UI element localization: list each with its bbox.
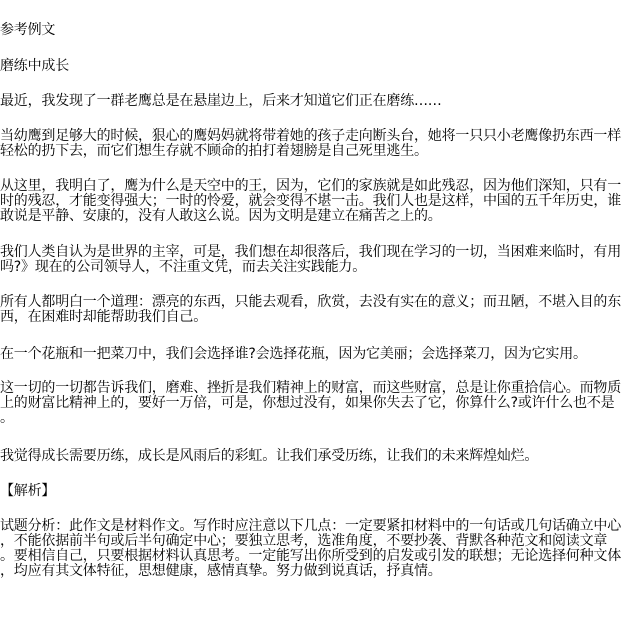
paragraph-1: 最近，我发现了一群老鹰总是在悬崖边上，后来才知道它们正在磨练…… <box>0 94 630 109</box>
analysis-paragraph: 试题分析：此作文是材料作文。写作时应注意以下几点：一定要紧扣材料中的一句话或几句… <box>0 519 630 579</box>
paragraph-2: 当幼鹰到足够大的时候，狠心的鹰妈妈就将带着她的孩子走向断头台，她将一只只小老鹰像… <box>0 129 630 159</box>
section-label: 参考例文 <box>0 23 55 38</box>
paragraph-7: 这一切的一切都告诉我们，磨难、挫折是我们精神上的财富，而这些财富，总是让你重拾信… <box>0 381 630 426</box>
text-line: 我们人类自认为是世界的主宰，可是，我们想在却很落后，我们现在学习的一切，当困难来… <box>0 245 630 260</box>
paragraph-4: 我们人类自认为是世界的主宰，可是，我们想在却很落后，我们现在学习的一切，当困难来… <box>0 245 630 275</box>
text-line: 最近，我发现了一群老鹰总是在悬崖边上，后来才知道它们正在磨练…… <box>0 94 630 109</box>
text-line: 我觉得成长需要历练，成长是风雨后的彩虹。让我们承受历练，让我们的未来辉煌灿烂。 <box>0 449 630 464</box>
text-line: 敢说是平静、安康的，没有人敢这么说。因为文明是建立在痛苦之上的。 <box>0 209 630 224</box>
text-line: 所有人都明白一个道理：漂亮的东西，只能去观看，欣赏，去没有实在的意义；而丑陋，不… <box>0 295 630 310</box>
paragraph-8: 我觉得成长需要历练，成长是风雨后的彩虹。让我们承受历练，让我们的未来辉煌灿烂。 <box>0 449 630 464</box>
text-line: 时的残忍，才能变得强大；一时的怜爱，就会变得不堪一击。我们人也是这样，中国的五千… <box>0 194 630 209</box>
text-line: ，均应有其文体特征，思想健康，感情真挚。努力做到说真话，抒真情。 <box>0 564 630 579</box>
text-line: 试题分析：此作文是材料作文。写作时应注意以下几点：一定要紧扣材料中的一句话或几句… <box>0 519 630 534</box>
text-line: 吗?》现在的公司领导人，不注重文凭，而去关注实践能力。 <box>0 260 630 275</box>
text-line: 当幼鹰到足够大的时候，狠心的鹰妈妈就将带着她的孩子走向断头台，她将一只只小老鹰像… <box>0 129 630 144</box>
paragraph-6: 在一个花瓶和一把菜刀中，我们会选择谁?会选择花瓶，因为它美丽；会选择菜刀，因为它… <box>0 347 630 362</box>
text-line: ，不能依据前半句或后半句确定中心；要独立思考，选准角度，不要抄袭、背默各种范文和… <box>0 534 630 549</box>
text-line: 轻松的扔下去，而它们想生存就不顾命的拍打着翅膀是自己死里逃生。 <box>0 144 630 159</box>
paragraph-5: 所有人都明白一个道理：漂亮的东西，只能去观看，欣赏，去没有实在的意义；而丑陋，不… <box>0 295 630 325</box>
text-line: 西，在困难时却能帮助我们自己。 <box>0 310 630 325</box>
paragraph-3: 从这里，我明白了，鹰为什么是天空中的王，因为，它们的家族就是如此残忍，因为他们深… <box>0 179 630 224</box>
text-line: 这一切的一切都告诉我们，磨难、挫折是我们精神上的财富，而这些财富，总是让你重拾信… <box>0 381 630 396</box>
analysis-label: 【解析】 <box>0 484 55 499</box>
essay-title: 磨练中成长 <box>0 59 69 74</box>
text-line: 从这里，我明白了，鹰为什么是天空中的王，因为，它们的家族就是如此残忍，因为他们深… <box>0 179 630 194</box>
text-line: 。要相信自己，只要根据材料认真思考。一定能写出你所受到的启发或引发的联想；无论选… <box>0 549 630 564</box>
text-line: 上的财富比精神上的，要好一万倍，可是，你想过没有，如果你失去了它，你算什么?或许… <box>0 396 630 411</box>
text-line: 。 <box>0 411 630 426</box>
text-line: 在一个花瓶和一把菜刀中，我们会选择谁?会选择花瓶，因为它美丽；会选择菜刀，因为它… <box>0 347 630 362</box>
